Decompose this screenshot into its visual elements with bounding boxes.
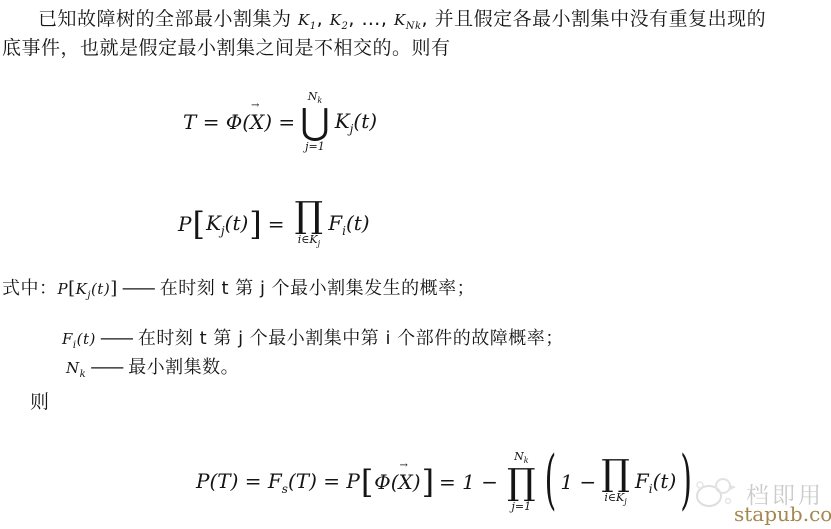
- definition-dash: ——: [118, 278, 160, 299]
- inner-product-operator: ∏ i∈Kj: [601, 457, 630, 506]
- cutset-k1: K1: [298, 11, 317, 29]
- formula2-f: F: [328, 211, 342, 235]
- limit-iek-sub: j: [624, 497, 626, 506]
- where-description: 在时刻 t 第 j 个最小割集发生的概率；: [160, 278, 475, 299]
- formula3-seg3: Φ(: [374, 470, 398, 494]
- inline-nk: Nk: [66, 359, 86, 377]
- definition-dash: ——: [86, 357, 128, 378]
- formula1-x: X: [250, 110, 264, 134]
- k1-base: K: [298, 11, 310, 29]
- limit-iek-sub: j: [318, 239, 320, 248]
- inline-n: N: [66, 359, 80, 377]
- paragraph-line-2: 底事件，也就是假定最小割集之间是不相交的。则有: [2, 36, 451, 60]
- formula2-k: K: [206, 211, 221, 235]
- formula-system-probability: P(T) = Fs(T) = P [ Φ(→X) ] = 1 − Nk ∏ j=…: [196, 440, 696, 524]
- formula3-seg4: ): [413, 470, 421, 494]
- inline-fit: Fi(t): [62, 330, 96, 348]
- para-line2-text: 底事件，也就是假定最小割集之间是不相交的。则有: [2, 37, 451, 59]
- cutset-k2: K2: [330, 11, 349, 29]
- big-left-paren: (: [545, 450, 557, 515]
- inline-p: P: [58, 280, 69, 298]
- then-label: 则: [30, 391, 50, 413]
- f-description: 在时刻 t 第 j 个最小割集中第 i 个部件的故障概率；: [138, 328, 564, 349]
- formula1-lhs: T = Φ(→X) =: [183, 110, 295, 134]
- formula3-phi-x: Φ(→X): [374, 470, 420, 494]
- inline-right-bracket: ]: [110, 278, 118, 299]
- left-bracket: [: [191, 208, 205, 240]
- limit-iek: i∈K: [298, 233, 318, 246]
- union-operator: Nk ⋃ j=1: [300, 91, 330, 152]
- f-definition-line: Fi(t)——在时刻 t 第 j 个最小割集中第 i 个部件的故障概率；: [62, 327, 564, 358]
- k1-sub: 1: [310, 21, 317, 32]
- vector-arrow-icon: →: [400, 461, 408, 471]
- n-description: 最小割集数。: [128, 357, 239, 378]
- k2-base: K: [330, 11, 342, 29]
- then-line: 则: [30, 390, 50, 414]
- right-bracket: ]: [421, 466, 435, 498]
- inline-arg: (t): [91, 280, 110, 298]
- union-icon: ⋃: [300, 106, 330, 140]
- formula2-kjt: Kj(t): [206, 211, 248, 238]
- product-lower-limit: i∈Kj: [298, 234, 320, 249]
- separator-ellipsis: , …,: [348, 8, 394, 30]
- formula3-fit: Fi(t): [635, 469, 676, 496]
- where-clause-line: 式中：P[Kj(t)]——在时刻 t 第 j 个最小割集发生的概率；: [2, 277, 475, 308]
- inline-pkjt: P[Kj(t)]: [58, 280, 118, 298]
- formula3-x: X: [399, 470, 413, 494]
- watermark-site: stapub.com: [734, 502, 831, 526]
- outer-product-operator: Nk ∏ j=1: [507, 451, 536, 512]
- left-bracket: [: [360, 466, 374, 498]
- limit-iek: i∈K: [604, 491, 624, 504]
- paragraph-line-1: 已知故障树的全部最小割集为 K1, K2, …, KNk, 并且假定各最小割集中…: [38, 7, 766, 39]
- para-tail-text: 并且假定各最小割集中没有重复出现的: [435, 8, 767, 30]
- vector-arrow-icon: →: [251, 101, 259, 111]
- formula1-pre: T = Φ(: [183, 110, 250, 134]
- formula1-rhs: Kj(t): [335, 109, 377, 136]
- n-definition-line: Nk——最小割集数。: [66, 356, 239, 387]
- inline-k: K: [76, 280, 88, 298]
- formula2-eq: =: [263, 212, 290, 236]
- document-page: 已知故障树的全部最小割集为 K1, K2, …, KNk, 并且假定各最小割集中…: [0, 0, 831, 529]
- product-operator: ∏ i∈Kj: [295, 199, 324, 248]
- product-icon: ∏: [507, 466, 536, 500]
- kn-base: K: [394, 11, 406, 29]
- formula1-k: K: [335, 109, 350, 133]
- product-icon: ∏: [295, 199, 324, 233]
- inner-product-lower-limit: i∈Kj: [604, 492, 626, 507]
- union-lower-limit: j=1: [305, 141, 325, 153]
- inline-f: F: [62, 330, 73, 348]
- formula3-f: F: [635, 469, 649, 493]
- formula3-seg2: (T) = P: [288, 469, 360, 493]
- formula3-lhs: P(T) = Fs(T) = P: [196, 469, 360, 496]
- definition-dash: ——: [96, 328, 138, 349]
- formula1-arg: (t): [353, 109, 377, 133]
- formula2-arg2: (t): [346, 211, 370, 235]
- vector-x: →X: [250, 110, 264, 134]
- formula-cutset-probability: P [ Kj(t) ] = ∏ i∈Kj Fi(t): [178, 192, 370, 256]
- cutset-kn: KNk: [394, 11, 422, 29]
- formula1-eq: ) =: [264, 110, 295, 134]
- inline-f-arg: (t): [77, 330, 96, 348]
- kn-sub: Nk: [406, 21, 422, 32]
- formula3-eq: = 1 −: [435, 470, 502, 494]
- vector-x: →X: [399, 470, 413, 494]
- formula2-arg: (t): [225, 211, 249, 235]
- formula3-inner-one: 1 −: [560, 470, 596, 494]
- para-lead-text: 已知故障树的全部最小割集为: [38, 8, 298, 30]
- watermark-site-text: stapub.com: [734, 502, 831, 526]
- outer-product-lower-limit: j=1: [512, 501, 532, 513]
- separator: ,: [422, 8, 435, 30]
- product-icon: ∏: [601, 457, 630, 491]
- where-label: 式中：: [2, 278, 58, 299]
- formula3-arg: (t): [653, 469, 677, 493]
- formula2-p: P: [178, 212, 191, 236]
- right-bracket: ]: [248, 208, 262, 240]
- separator: ,: [317, 8, 330, 30]
- formula2-fit: Fi(t): [328, 211, 369, 238]
- formula3-seg1: P(T) = F: [196, 469, 282, 493]
- inline-left-bracket: [: [68, 278, 76, 299]
- formula-top-event-union: T = Φ(→X) = Nk ⋃ j=1 Kj(t): [183, 86, 377, 158]
